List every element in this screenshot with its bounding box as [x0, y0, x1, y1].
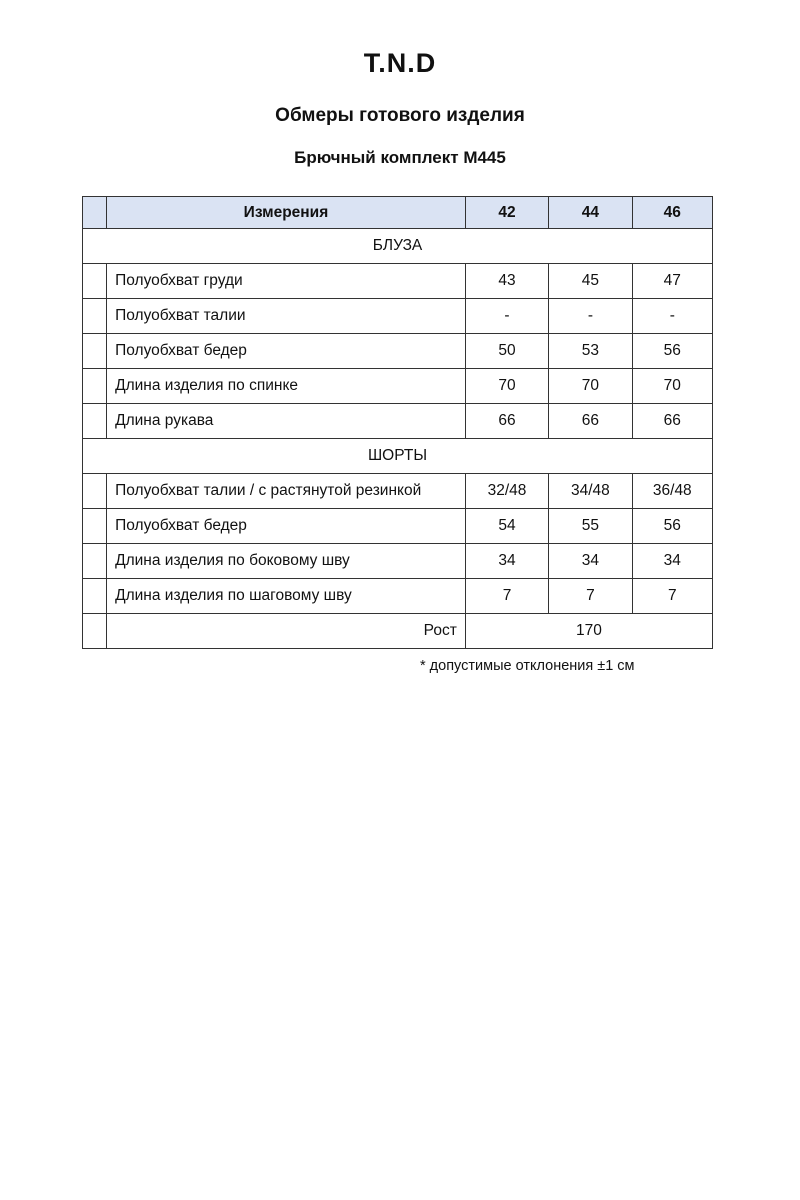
row-marker-cell — [83, 579, 107, 614]
brand-logo-text: T.N.D — [0, 48, 800, 79]
header-size: 42 — [465, 197, 548, 229]
row-label: Полуобхват бедер — [107, 509, 466, 544]
row-marker-cell — [83, 334, 107, 369]
section-row-shorts: ШОРТЫ — [83, 439, 713, 474]
row-value: - — [632, 299, 712, 334]
row-value: 34 — [465, 544, 548, 579]
row-value: 7 — [632, 579, 712, 614]
table-row: Длина рукава 66 66 66 — [83, 404, 713, 439]
row-marker-cell — [83, 614, 107, 649]
row-value: 34 — [632, 544, 712, 579]
header-size: 44 — [549, 197, 632, 229]
table-row: Полуобхват талии / с растянутой резинкой… — [83, 474, 713, 509]
row-value: 53 — [549, 334, 632, 369]
row-marker-cell — [83, 264, 107, 299]
row-value: 66 — [549, 404, 632, 439]
section-title: БЛУЗА — [83, 229, 713, 264]
row-value: 70 — [465, 369, 548, 404]
row-value: 45 — [549, 264, 632, 299]
row-value: 66 — [632, 404, 712, 439]
row-label: Длина изделия по спинке — [107, 369, 466, 404]
row-marker-cell — [83, 299, 107, 334]
table-row: Длина изделия по спинке 70 70 70 — [83, 369, 713, 404]
row-value: 36/48 — [632, 474, 712, 509]
row-value: 70 — [632, 369, 712, 404]
tolerance-note: * допустимые отклонения ±1 см — [420, 658, 635, 674]
row-label: Полуобхват талии / с растянутой резинкой — [107, 474, 466, 509]
row-marker-cell — [83, 369, 107, 404]
row-value: 56 — [632, 509, 712, 544]
row-value: 50 — [465, 334, 548, 369]
table-row: Длина изделия по боковому шву 34 34 34 — [83, 544, 713, 579]
row-value: 56 — [632, 334, 712, 369]
row-marker-cell — [83, 474, 107, 509]
row-value: 7 — [549, 579, 632, 614]
row-value: - — [465, 299, 548, 334]
row-value: 70 — [549, 369, 632, 404]
height-label: Рост — [107, 614, 466, 649]
product-subtitle: Брючный комплект М445 — [0, 148, 800, 168]
row-label: Длина рукава — [107, 404, 466, 439]
header-measurement: Измерения — [107, 197, 466, 229]
row-label: Длина изделия по шаговому шву — [107, 579, 466, 614]
row-label: Полуобхват груди — [107, 264, 466, 299]
row-marker-cell — [83, 509, 107, 544]
row-value: 66 — [465, 404, 548, 439]
table-row: Полуобхват груди 43 45 47 — [83, 264, 713, 299]
row-value: 54 — [465, 509, 548, 544]
table-header-row: Измерения 42 44 46 — [83, 197, 713, 229]
page-title: Обмеры готового изделия — [0, 105, 800, 127]
row-value: 7 — [465, 579, 548, 614]
measurements-table: Измерения 42 44 46 БЛУЗА Полуобхват груд… — [82, 196, 713, 649]
table-row: Полуобхват талии - - - — [83, 299, 713, 334]
row-value: 55 — [549, 509, 632, 544]
section-title: ШОРТЫ — [83, 439, 713, 474]
row-label: Полуобхват талии — [107, 299, 466, 334]
row-value: 34 — [549, 544, 632, 579]
table-row: Полуобхват бедер 54 55 56 — [83, 509, 713, 544]
header-blank-cell — [83, 197, 107, 229]
row-label: Длина изделия по боковому шву — [107, 544, 466, 579]
row-value: 34/48 — [549, 474, 632, 509]
height-value: 170 — [465, 614, 712, 649]
height-row: Рост 170 — [83, 614, 713, 649]
table-row: Длина изделия по шаговому шву 7 7 7 — [83, 579, 713, 614]
row-label: Полуобхват бедер — [107, 334, 466, 369]
row-value: - — [549, 299, 632, 334]
row-value: 32/48 — [465, 474, 548, 509]
row-value: 43 — [465, 264, 548, 299]
header-size: 46 — [632, 197, 712, 229]
row-value: 47 — [632, 264, 712, 299]
row-marker-cell — [83, 544, 107, 579]
section-row-blouse: БЛУЗА — [83, 229, 713, 264]
row-marker-cell — [83, 404, 107, 439]
table-row: Полуобхват бедер 50 53 56 — [83, 334, 713, 369]
